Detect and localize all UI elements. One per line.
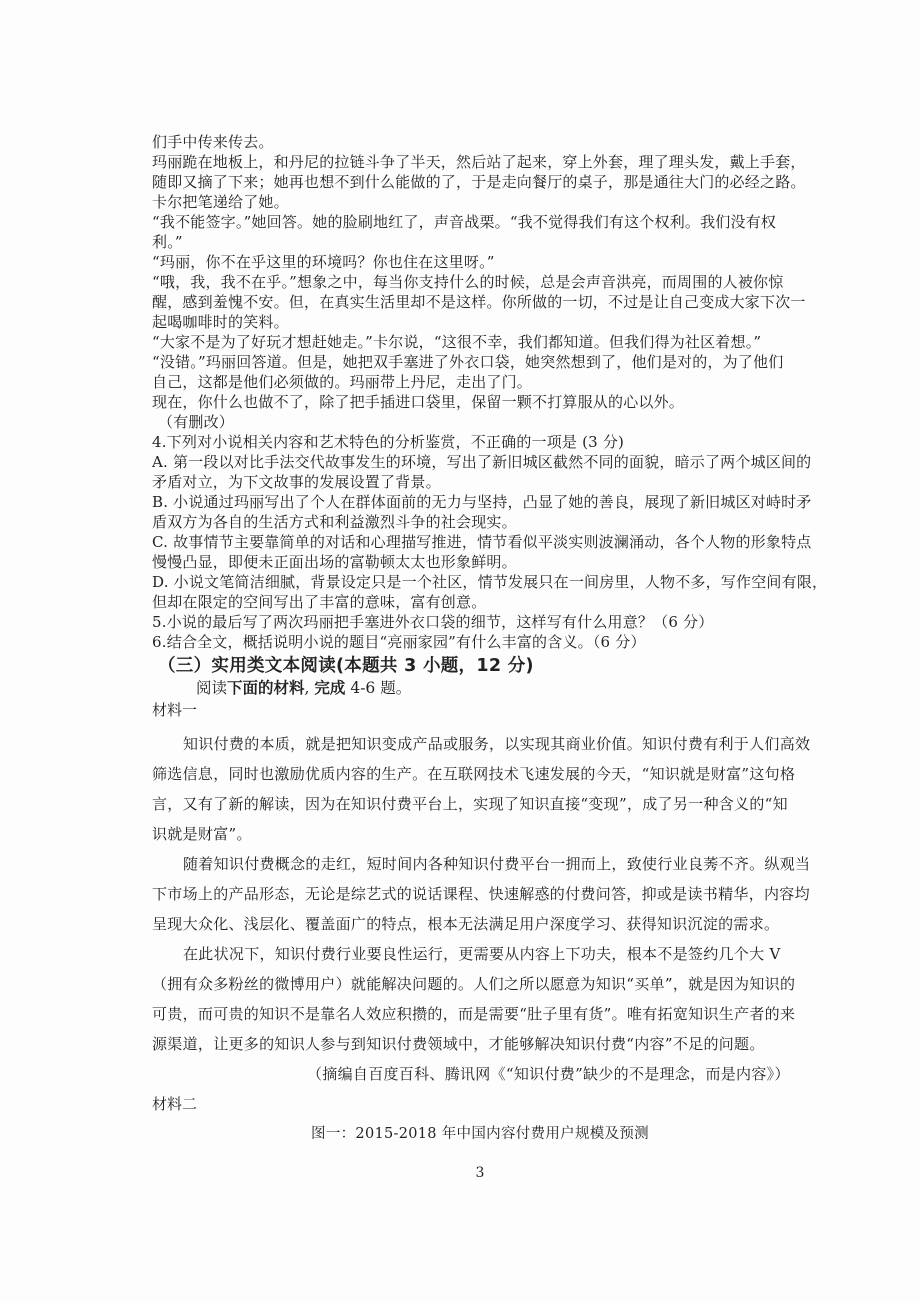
material-line: 源渠道，让更多的知识人参与到知识付费领域中，才能够解决知识付费“内容”不足的问题… [152, 1029, 808, 1059]
excerpt-text-line: 卡尔把笔递给了她。 [152, 192, 808, 212]
instruction-pre: 阅读 [196, 679, 227, 697]
question-line: 5.小说的最后写了两次玛丽把手塞进外衣口袋的细节，这样写有什么用意？（6 分） [152, 612, 808, 632]
question-line: 盾双方为各自的生活方式和利益激烈斗争的社会现实。 [152, 512, 808, 532]
excerpt-text-line: 醒，感到羞愧不安。但，在真实生活里却不是这样。你所做的一切，不过是让自己变成大家… [152, 292, 808, 312]
material-line: 言，又有了新的解读，因为在知识付费平台上，实现了知识直接“变现”，成了另一种含义… [152, 789, 808, 819]
material-line: 可贵，而可贵的知识不是靠名人效应积攒的，而是需要“肚子里有货”。唯有拓宽知识生产… [152, 999, 808, 1029]
excerpt-text-line: 自己，这都是他们必须做的。玛丽带上丹尼，走出了门。 [152, 372, 808, 392]
instruction-comma: , [305, 679, 315, 697]
material-line: 随着知识付费概念的走红，短时间内各种知识付费平台一拥而上，致使行业良莠不齐。纵观… [152, 849, 808, 879]
question-line: A. 第一段以对比手法交代故事发生的环境，写出了新旧城区截然不同的面貌，暗示了两… [152, 452, 808, 472]
instruction-post: 4-6 题。 [345, 679, 411, 697]
material-one-body: 知识付费的本质，就是把知识变成产品或服务，以实现其商业价值。知识付费有利于人们高… [152, 729, 808, 1059]
questions-block: 4.下列对小说相关内容和艺术特色的分析鉴赏，不正确的一项是 (3 分)A. 第一… [152, 432, 808, 652]
novel-excerpt: 们手中传来传去。玛丽跪在地板上，和丹尼的拉链斗争了半天，然后站了起来，穿上外套，… [152, 132, 808, 432]
excerpt-text-line: 起喝咖啡时的笑料。 [152, 312, 808, 332]
excerpt-text-line: “没错。”玛丽回答道。但是，她把双手塞进了外衣口袋，她突然想到了，他们是对的，为… [152, 352, 808, 372]
material-line: 筛选信息，同时也激励优质内容的生产。在互联网技术飞速发展的今天，“知识就是财富”… [152, 759, 808, 789]
question-line: 但却在限定的空间写出了丰富的意味，富有创意。 [152, 592, 808, 612]
material-two-label: 材料二 [152, 1089, 808, 1119]
material-line: 在此状况下，知识付费行业要良性运行，更需要从内容上下功夫，根本不是签约几个大 V [152, 939, 808, 969]
question-line: 矛盾对立，为下文故事的发展设置了背景。 [152, 472, 808, 492]
excerpt-text-line: 玛丽跪在地板上，和丹尼的拉链斗争了半天，然后站了起来，穿上外套，理了理头发，戴上… [152, 152, 808, 172]
source-attribution: （摘编自百度百科、腾讯网《“知识付费”缺少的不是理念，而是内容》） [152, 1059, 808, 1089]
excerpt-text-line: （有删改） [152, 412, 808, 432]
question-line: 4.下列对小说相关内容和艺术特色的分析鉴赏，不正确的一项是 (3 分) [152, 432, 808, 452]
question-line: D. 小说文笔简洁细腻，背景设定只是一个社区，情节发展只在一间房里，人物不多，写… [152, 572, 808, 592]
excerpt-text-line: “玛丽，你不在乎这里的环境吗？你也住在这里呀。” [152, 252, 808, 272]
instruction-bold-complete: 完成 [314, 679, 345, 697]
material-line: 知识付费的本质，就是把知识变成产品或服务，以实现其商业价值。知识付费有利于人们高… [152, 729, 808, 759]
material-line: 呈现大众化、浅层化、覆盖面广的特点，根本无法满足用户深度学习、获得知识沉淀的需求… [152, 909, 808, 939]
exam-page: 们手中传来传去。玛丽跪在地板上，和丹尼的拉链斗争了半天，然后站了起来，穿上外套，… [0, 0, 920, 1302]
figure-caption: 图一：2015-2018 年中国内容付费用户规模及预测 [152, 1119, 808, 1149]
excerpt-text-line: 随即又摘了下来；她再也想不到什么能做的了，于是走向餐厅的桌子，那是通往大门的必经… [152, 172, 808, 192]
question-line: C. 故事情节主要靠简单的对话和心理描写推进，情节看似平淡实则波澜涌动，各个人物… [152, 532, 808, 552]
excerpt-text-line: “我不能签字。”她回答。她的脸刷地红了，声音战栗。“我不觉得我们有这个权利。我们… [152, 212, 808, 232]
material-line: （拥有众多粉丝的微博用户）就能解决问题的。人们之所以愿意为知识“买单”，就是因为… [152, 969, 808, 999]
instruction-bold-materials: 下面的材料 [227, 679, 305, 697]
question-line: 慢慢凸显，即便未正面出场的富勒顿太太也形象鲜明。 [152, 552, 808, 572]
material-line: 识就是财富”。 [152, 819, 808, 849]
material-line: 下市场上的产品形态，无论是综艺式的说话课程、快速解惑的付费问答，抑或是读书精华，… [152, 879, 808, 909]
excerpt-text-line: 利。” [152, 232, 808, 252]
question-line: 6.结合全文，概括说明小说的题目“亮丽家园”有什么丰富的含义。（6 分） [152, 632, 808, 652]
reading-instruction: 阅读下面的材料, 完成 4-6 题。 [152, 678, 808, 699]
excerpt-text-line: 们手中传来传去。 [152, 132, 808, 152]
material-one-label: 材料一 [152, 699, 808, 721]
excerpt-text-line: “哦，我，我不在乎。”想象之中，每当你支持什么的时候，总是会声音洪亮，而周围的人… [152, 272, 808, 292]
question-line: B. 小说通过玛丽写出了个人在群体面前的无力与坚持，凸显了她的善良，展现了新旧城… [152, 492, 808, 512]
page-number: 3 [152, 1162, 808, 1184]
excerpt-text-line: 现在，你什么也做不了，除了把手插进口袋里，保留一颗不打算服从的心以外。 [152, 392, 808, 412]
excerpt-text-line: “大家不是为了好玩才想赶她走。”卡尔说，“这很不幸，我们都知道。但我们得为社区着… [152, 332, 808, 352]
section-heading: （三）实用类文本阅读(本题共 3 小题，12 分) [152, 654, 808, 678]
